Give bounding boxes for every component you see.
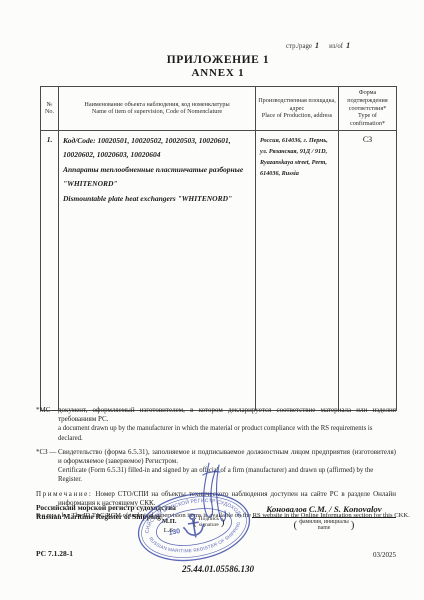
col-name-en: Name of item of supervision, Code of Nom… <box>60 108 254 116</box>
close-paren: ) <box>221 517 225 527</box>
open-paren: ( <box>193 517 197 527</box>
table-row: 1. Код/Code: 10020501, 10020502, 1002050… <box>41 130 397 410</box>
document-page: стр./page1из/of1 ПРИЛОЖЕНИЕ 1 ANNEX 1 № … <box>0 0 424 600</box>
page-indicator: стр./page1из/of1 <box>286 40 350 50</box>
column-header-form: Форма подтверждения соответствия* Type o… <box>339 87 397 131</box>
page-number: 1 <box>315 40 319 50</box>
signature-caption: ( Подпись signature ) <box>193 516 225 528</box>
col-no-ru: № <box>42 101 57 109</box>
issue-date: 03/2025 <box>373 551 396 559</box>
organization-name-russian: Российский морской регистр судоходства <box>36 503 176 512</box>
organization-name: Российский морской регистр судоходства R… <box>36 503 176 521</box>
page-label: стр./page <box>286 43 312 50</box>
total-pages: 1 <box>346 40 350 50</box>
footnote-mc: *МС — документ, оформляемый изготовителе… <box>36 406 396 443</box>
row-name-english: Dismountable plate heat exchangers "WHIT… <box>63 192 252 207</box>
seal-place-mark: М.П. L.S. <box>162 518 176 535</box>
name-caption-english: name <box>318 525 331 531</box>
title-block: ПРИЛОЖЕНИЕ 1 ANNEX 1 <box>40 54 396 79</box>
table-header-row: № No. Наименование объекта наблюдения, к… <box>41 87 397 131</box>
footnote-sz-russian: Свидетельство (форма 6.5.31), заполняемо… <box>58 448 396 466</box>
open-paren: ( <box>294 520 298 530</box>
footnote-sz: *СЗ — Свидетельство (форма 6.5.31), запо… <box>36 448 396 485</box>
col-place-en: Place of Production, address <box>257 112 337 120</box>
title-english: ANNEX 1 <box>40 67 396 79</box>
col-form-en: Type of confirmation* <box>340 112 395 128</box>
footnote-mc-russian: документ, оформляемый изготовителем, в к… <box>58 406 396 424</box>
form-code: РС 7.1.28-1 <box>36 549 73 558</box>
seal-mark-russian: М.П. <box>162 518 176 527</box>
col-no-en: No. <box>42 108 57 116</box>
column-header-name: Наименование объекта наблюдения, код ном… <box>59 87 256 131</box>
column-header-no: № No. <box>41 87 59 131</box>
footnote-sz-english: Certificate (Form 6.5.31) filled-in and … <box>58 466 396 484</box>
title-russian: ПРИЛОЖЕНИЕ 1 <box>40 54 396 66</box>
organization-name-english: Russian Maritime Register of Shipping <box>36 512 176 521</box>
name-caption: ( фамилия, инициалы name ) <box>252 519 396 532</box>
row-name-russian: Аппараты теплообменные пластинчатые разб… <box>63 163 252 192</box>
row-number: 1. <box>41 130 59 410</box>
supervision-items-table: № No. Наименование объекта наблюдения, к… <box>40 86 397 411</box>
document-number: 25.44.01.05586.130 <box>40 564 396 574</box>
footnote-mc-english: a document drawn up by the manufacturer … <box>58 424 396 442</box>
col-form-ru: Форма подтверждения соответствия* <box>340 89 395 112</box>
close-paren: ) <box>351 520 355 530</box>
row-place-of-production: Россия, 614036, г. Пермь, ул. Рязанская,… <box>256 130 339 410</box>
signature-caption-english: signature <box>199 522 219 528</box>
row-confirmation-type: СЗ <box>339 130 397 410</box>
column-header-place: Производственная площадка, адрес Place o… <box>256 87 339 131</box>
signatory-block: Коновалов С.М. / S. Konovalov ( фамилия,… <box>252 504 396 532</box>
row-codes: Код/Code: 10020501, 10020502, 10020503, … <box>63 134 252 163</box>
col-place-ru: Производственная площадка, адрес <box>257 97 337 113</box>
note-label: Примечание: <box>36 490 92 498</box>
footnote-mc-term: *МС — <box>36 406 59 415</box>
row-item-cell: Код/Code: 10020501, 10020502, 10020503, … <box>59 130 256 410</box>
footnote-sz-term: *СЗ — <box>36 448 56 457</box>
signatory-name: Коновалов С.М. / S. Konovalov <box>252 504 396 518</box>
of-label: из/of <box>329 43 343 50</box>
col-name-ru: Наименование объекта наблюдения, код ном… <box>60 101 254 109</box>
seal-mark-english: L.S. <box>162 527 176 536</box>
